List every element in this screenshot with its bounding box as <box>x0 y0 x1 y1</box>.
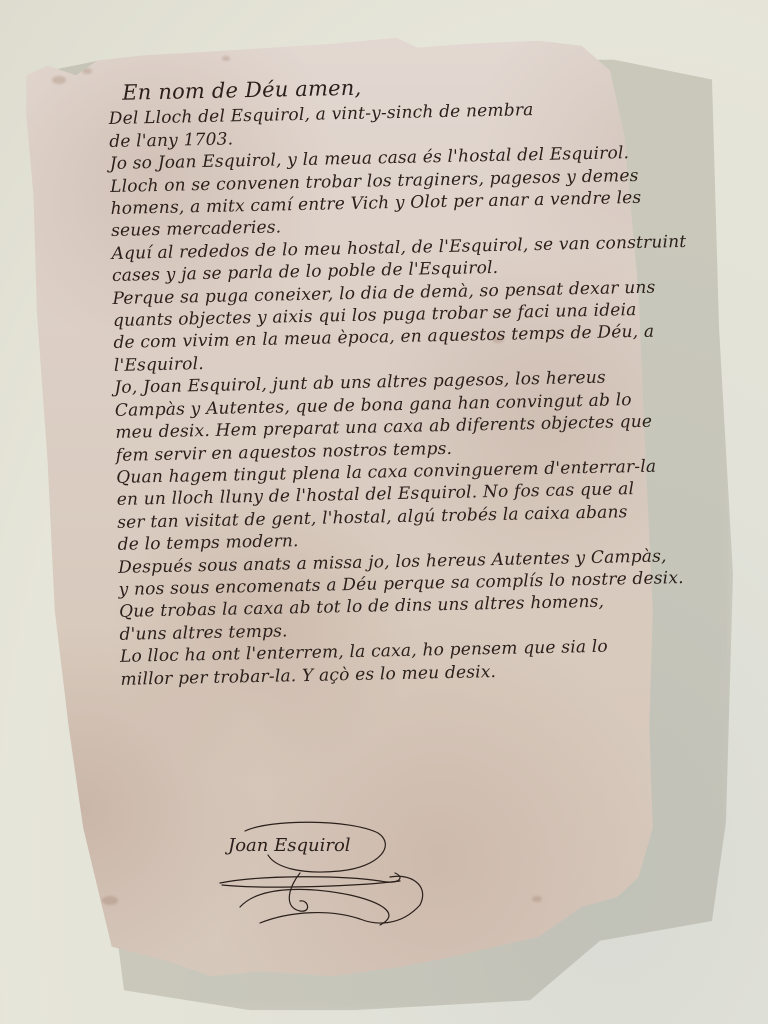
paper-stain <box>102 896 118 905</box>
paper-stain <box>222 56 230 61</box>
signature-name: Joan Esquirol <box>228 835 351 856</box>
letter-body: En nom de Déu amen, Del Lloch del Esquir… <box>108 69 721 690</box>
paper-stain <box>52 76 66 84</box>
signature-flourish-icon <box>200 815 430 930</box>
paper-stain <box>532 896 542 902</box>
signature: Joan Esquirol <box>200 815 430 930</box>
